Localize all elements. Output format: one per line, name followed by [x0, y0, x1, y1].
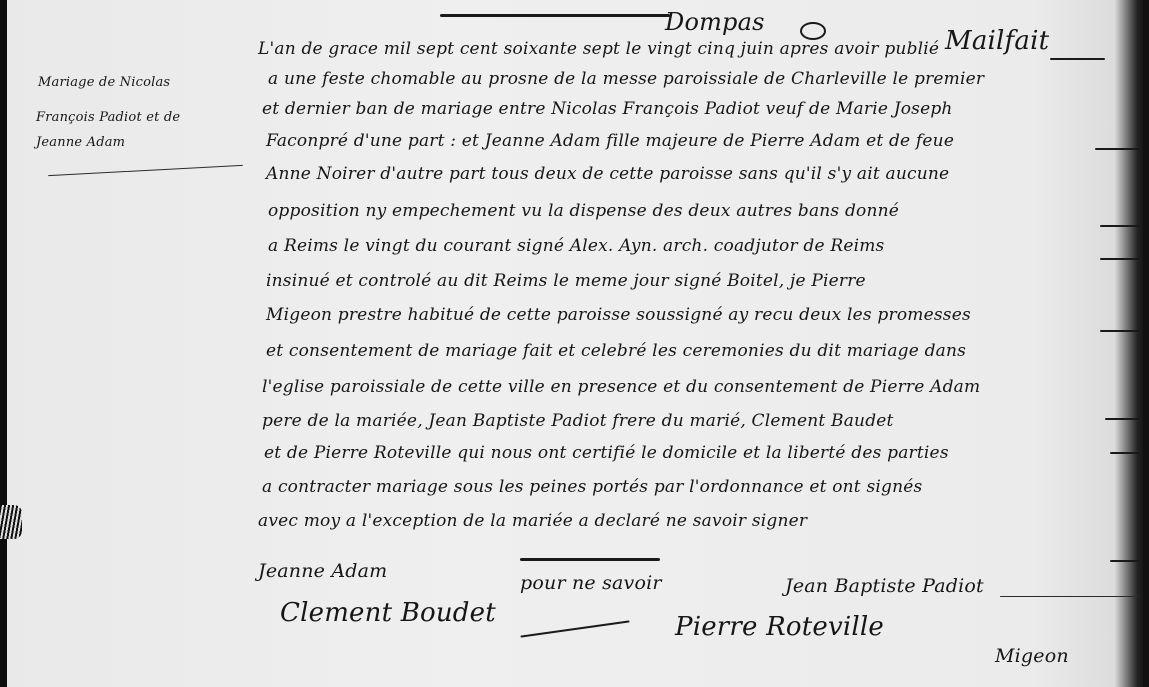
body-line-13: et de Pierre Roteville qui nous ont cert… [264, 442, 949, 464]
body-line-6: opposition ny empechement vu la dispense… [268, 200, 899, 222]
header-underline [440, 14, 670, 17]
header-signature-right: Mailfait [945, 26, 1049, 56]
line-filler-stroke [1105, 418, 1140, 420]
body-line-5: Anne Noirer d'autre part tous deux de ce… [266, 163, 949, 185]
line-filler-stroke [1110, 452, 1140, 454]
margin-note-line-2: François Padiot et de [36, 110, 180, 126]
body-line-4: Faconpré d'une part : et Jeanne Adam fil… [266, 130, 954, 152]
signature-jean-baptiste-padiot: Jean Baptiste Padiot [785, 575, 984, 597]
margin-note-line-3: Jeanne Adam [36, 135, 125, 151]
page-binding-left [0, 0, 7, 687]
body-line-15: avec moy a l'exception de la mariée a de… [258, 510, 807, 532]
line-filler-stroke [1100, 258, 1140, 260]
header-signature-left: Dompas [665, 8, 765, 36]
signature-pierre-roteville: Pierre Roteville [675, 612, 884, 642]
signature-migeon: Migeon [995, 645, 1069, 667]
signature-jeanne-adam: Jeanne Adam [258, 560, 387, 582]
line-filler-stroke [1100, 225, 1140, 227]
signature-padiot-stroke [1000, 596, 1140, 597]
line-filler-stroke [1110, 560, 1140, 562]
body-line-14: a contracter mariage sous les peines por… [262, 476, 922, 498]
body-line-1: L'an de grace mil sept cent soixante sep… [258, 38, 939, 60]
margin-note-underline [48, 165, 243, 176]
signature-paraph [520, 620, 629, 637]
register-page: Dompas Mailfait Mariage de Nicolas Franç… [0, 0, 1149, 687]
body-line-12: pere de la mariée, Jean Baptiste Padiot … [262, 410, 894, 432]
header-signature-underline [1050, 58, 1105, 60]
line-filler-stroke [1100, 330, 1140, 332]
page-edge-right [1143, 0, 1149, 687]
body-line-8: insinué et controlé au dit Reims le meme… [266, 270, 866, 292]
margin-note-line-1: Mariage de Nicolas [38, 75, 170, 91]
body-line-7: a Reims le vingt du courant signé Alex. … [268, 235, 884, 257]
signature-clement-boudet: Clement Boudet [280, 598, 496, 628]
body-line-9: Migeon prestre habitué de cette paroisse… [266, 304, 971, 326]
body-line-3: et dernier ban de mariage entre Nicolas … [262, 98, 953, 120]
signature-note-pour-ne-savoir: pour ne savoir [520, 572, 662, 594]
line-filler-stroke [1095, 148, 1140, 150]
body-line-11: l'eglise paroissiale de cette ville en p… [262, 376, 980, 398]
signature-underline [520, 558, 660, 561]
body-line-2: a une feste chomable au prosne de la mes… [268, 68, 984, 90]
binding-thread [0, 505, 22, 539]
body-line-10: et consentement de mariage fait et celeb… [266, 340, 966, 362]
